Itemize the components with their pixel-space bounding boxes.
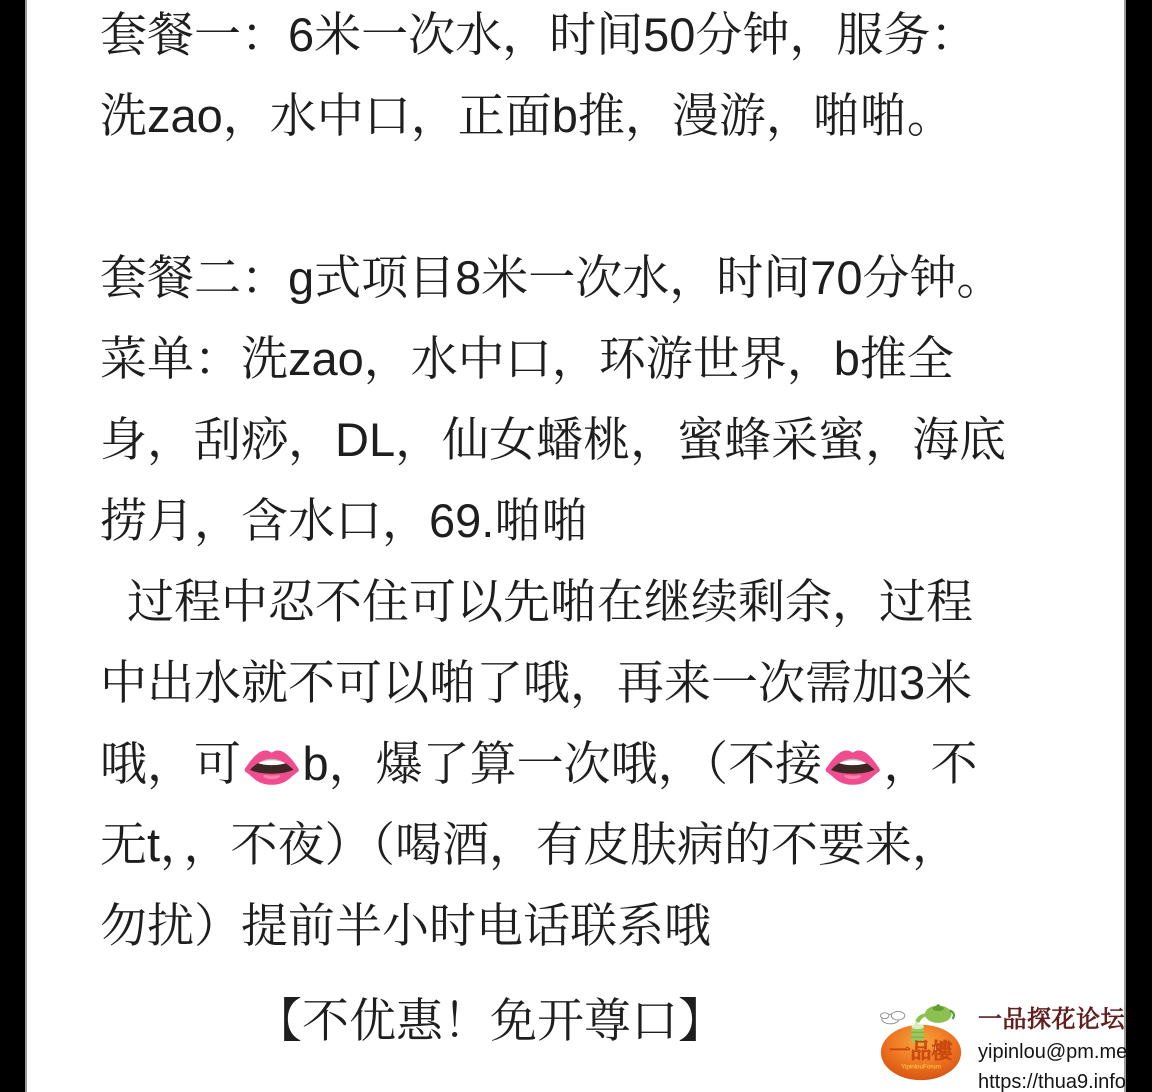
text-line: 套餐一：6米一次水，时间50分钟，服务： — [100, 0, 1112, 75]
logo-label: 一品樓 — [889, 1039, 953, 1063]
forum-name: 一品探花论坛 — [978, 1006, 1127, 1034]
text-line: 洗zao，水中口，正面b推，漫游，啪啪。 — [100, 75, 1112, 156]
post-text: 套餐一：6米一次水，时间50分钟，服务：洗zao，水中口，正面b推，漫游，啪啪。… — [100, 0, 1112, 1061]
forum-logo-icon: 一品樓 YipinlouForum — [878, 998, 964, 1084]
forum-watermark: 一品樓 YipinlouForum 一品探花论坛 yipinlou@pm.me … — [878, 998, 1127, 1092]
text-line: 勿扰）提前半小时电话联系哦 — [100, 885, 1112, 966]
blank-line — [100, 156, 1112, 237]
lips-emoji: 👄 — [241, 740, 302, 795]
text-line: 捞月，含水口，69.啪啪 — [100, 480, 1112, 561]
lips-emoji: 👄 — [822, 740, 883, 795]
screenshot-root: 套餐一：6米一次水，时间50分钟，服务：洗zao，水中口，正面b推，漫游，啪啪。… — [0, 0, 1152, 1092]
text-line: 哦，可👄b，爆了算一次哦，（不接👄，不 — [100, 723, 1112, 804]
watermark-text: 一品探花论坛 yipinlou@pm.me https://thua9.info — [978, 998, 1127, 1092]
text-line: 套餐二：g式项目8米一次水，时间70分钟。 — [100, 237, 1112, 318]
text-line: 无t，，不夜）（喝酒，有皮肤病的不要来， — [100, 804, 1112, 885]
forum-url[interactable]: https://thua9.info — [978, 1070, 1127, 1092]
forum-email: yipinlou@pm.me — [978, 1040, 1127, 1064]
text-line: 过程中忍不住可以先啪在继续剩余，过程 — [100, 561, 1112, 642]
text-line: 身，刮痧，DL，仙女蟠桃，蜜蜂采蜜，海底 — [100, 399, 1112, 480]
letterbox-left — [0, 0, 27, 1092]
logo-sublabel: YipinlouForum — [901, 1064, 941, 1071]
text-line: 中出水就不可以啪了哦，再来一次需加3米 — [100, 642, 1112, 723]
letterbox-right — [1124, 0, 1152, 1092]
text-line: 菜单：洗zao，水中口，环游世界，b推全 — [100, 318, 1112, 399]
